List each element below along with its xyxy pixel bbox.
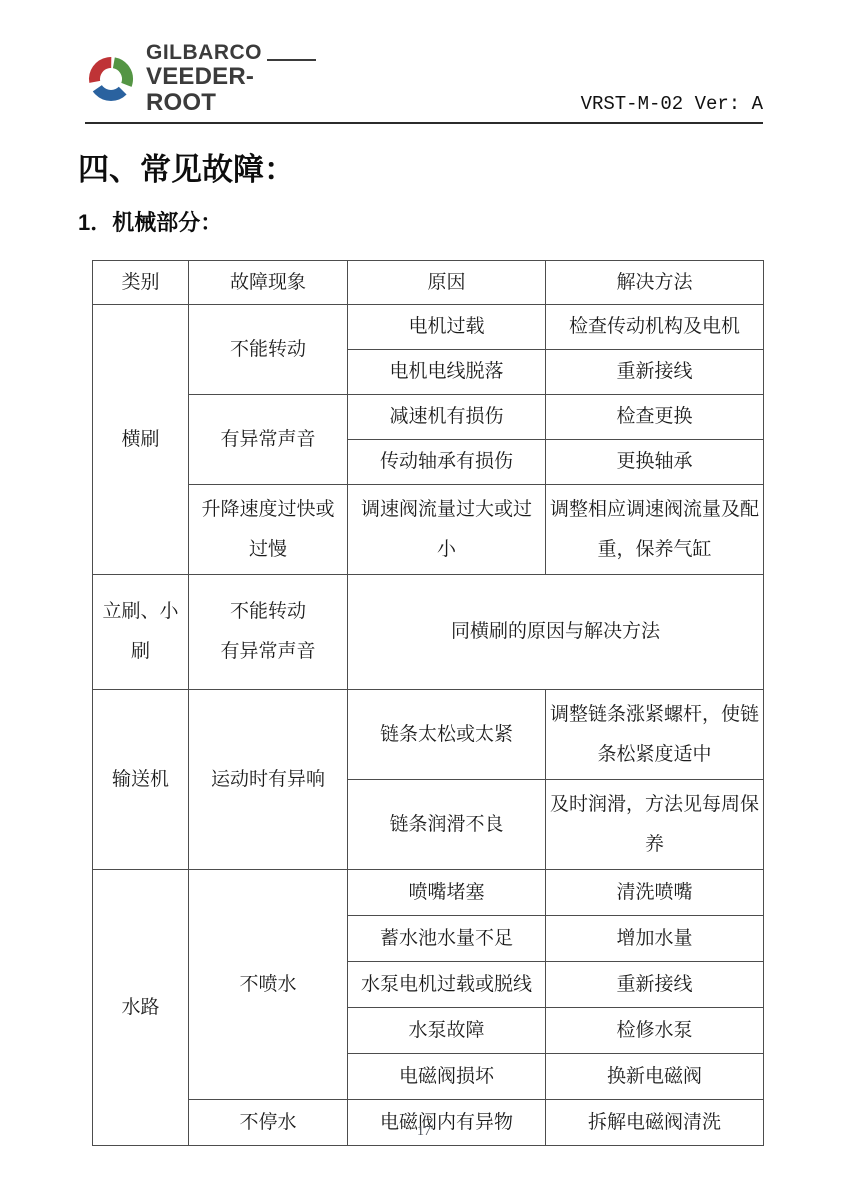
table-cell: 调速阀流量过大或过小: [348, 485, 546, 575]
page-title: 四、常见故障：: [78, 151, 763, 188]
page-number: 17: [417, 1124, 431, 1139]
page-header: GILBARCO VEEDER-ROOT VRST-M-02 Ver: A: [85, 0, 763, 117]
table-header-row: 类别故障现象原因解决方法: [93, 261, 764, 305]
table-cell: 横刷: [93, 305, 189, 575]
table-cell: 电机过载: [348, 305, 546, 350]
table-cell: 调整链条涨紧螺杆，使链条松紧度适中: [546, 690, 764, 780]
table-cell: 水路: [93, 870, 189, 1146]
table-cell: 电机电线脱落: [348, 350, 546, 395]
table-header-cell: 故障现象: [189, 261, 348, 305]
document-page: GILBARCO VEEDER-ROOT VRST-M-02 Ver: A 四、…: [0, 0, 848, 1200]
doc-code: VRST-M-02 Ver: A: [581, 93, 763, 117]
table-cell: 不喷水: [189, 870, 348, 1100]
table-cell: 不能转动 有异常声音: [189, 575, 348, 690]
table-row: 横刷不能转动电机过载检查传动机构及电机: [93, 305, 764, 350]
company-logo: GILBARCO VEEDER-ROOT: [85, 42, 316, 117]
table-cell: 及时润滑，方法见每周保养: [546, 780, 764, 870]
table-cell: 链条润滑不良: [348, 780, 546, 870]
table-cell: 电磁阀损坏: [348, 1054, 546, 1100]
table-cell: 检查更换: [546, 395, 764, 440]
table-header-cell: 类别: [93, 261, 189, 305]
table-cell: 传动轴承有损伤: [348, 440, 546, 485]
table-row: 升降速度过快或过慢调速阀流量过大或过小调整相应调速阀流量及配重，保养气缸: [93, 485, 764, 575]
table-cell: 运动时有异响: [189, 690, 348, 870]
table-cell: 换新电磁阀: [546, 1054, 764, 1100]
table-header-cell: 解决方法: [546, 261, 764, 305]
page-footer: 17: [0, 1124, 848, 1140]
table-cell: 输送机: [93, 690, 189, 870]
logo-line1: GILBARCO: [146, 42, 316, 63]
logo-text: GILBARCO VEEDER-ROOT: [146, 42, 316, 117]
table-cell: 不能转动: [189, 305, 348, 395]
logo-mark-icon: [85, 53, 137, 105]
table-cell: 减速机有损伤: [348, 395, 546, 440]
header-divider: [85, 122, 763, 124]
table-cell: 清洗喷嘴: [546, 870, 764, 916]
table-cell: 重新接线: [546, 962, 764, 1008]
logo-text-gilbarco: GILBARCO: [146, 42, 262, 63]
table-cell: 有异常声音: [189, 395, 348, 485]
table-cell: 水泵电机过载或脱线: [348, 962, 546, 1008]
table-cell: 立刷、小刷: [93, 575, 189, 690]
table-row: 立刷、小刷不能转动 有异常声音同横刷的原因与解决方法: [93, 575, 764, 690]
table-header-cell: 原因: [348, 261, 546, 305]
fault-table-body: 横刷不能转动电机过载检查传动机构及电机电机电线脱落重新接线有异常声音减速机有损伤…: [93, 305, 764, 1146]
table-row: 输送机运动时有异响链条太松或太紧调整链条涨紧螺杆，使链条松紧度适中: [93, 690, 764, 780]
table-cell: 喷嘴堵塞: [348, 870, 546, 916]
section-title: 1．机械部分：: [78, 210, 763, 236]
fault-table: 类别故障现象原因解决方法 横刷不能转动电机过载检查传动机构及电机电机电线脱落重新…: [92, 260, 764, 1146]
table-row: 水路不喷水喷嘴堵塞清洗喷嘴: [93, 870, 764, 916]
table-cell: 调整相应调速阀流量及配重，保养气缸: [546, 485, 764, 575]
table-cell: 同横刷的原因与解决方法: [348, 575, 764, 690]
table-cell: 检查传动机构及电机: [546, 305, 764, 350]
fault-table-head: 类别故障现象原因解决方法: [93, 261, 764, 305]
table-cell: 蓄水池水量不足: [348, 916, 546, 962]
table-cell: 更换轴承: [546, 440, 764, 485]
table-cell: 增加水量: [546, 916, 764, 962]
table-cell: 链条太松或太紧: [348, 690, 546, 780]
table-cell: 水泵故障: [348, 1008, 546, 1054]
logo-text-veeder-root: VEEDER-ROOT: [146, 64, 316, 117]
table-row: 有异常声音减速机有损伤检查更换: [93, 395, 764, 440]
table-cell: 升降速度过快或过慢: [189, 485, 348, 575]
table-cell: 检修水泵: [546, 1008, 764, 1054]
table-cell: 重新接线: [546, 350, 764, 395]
logo-rule: [267, 59, 316, 61]
